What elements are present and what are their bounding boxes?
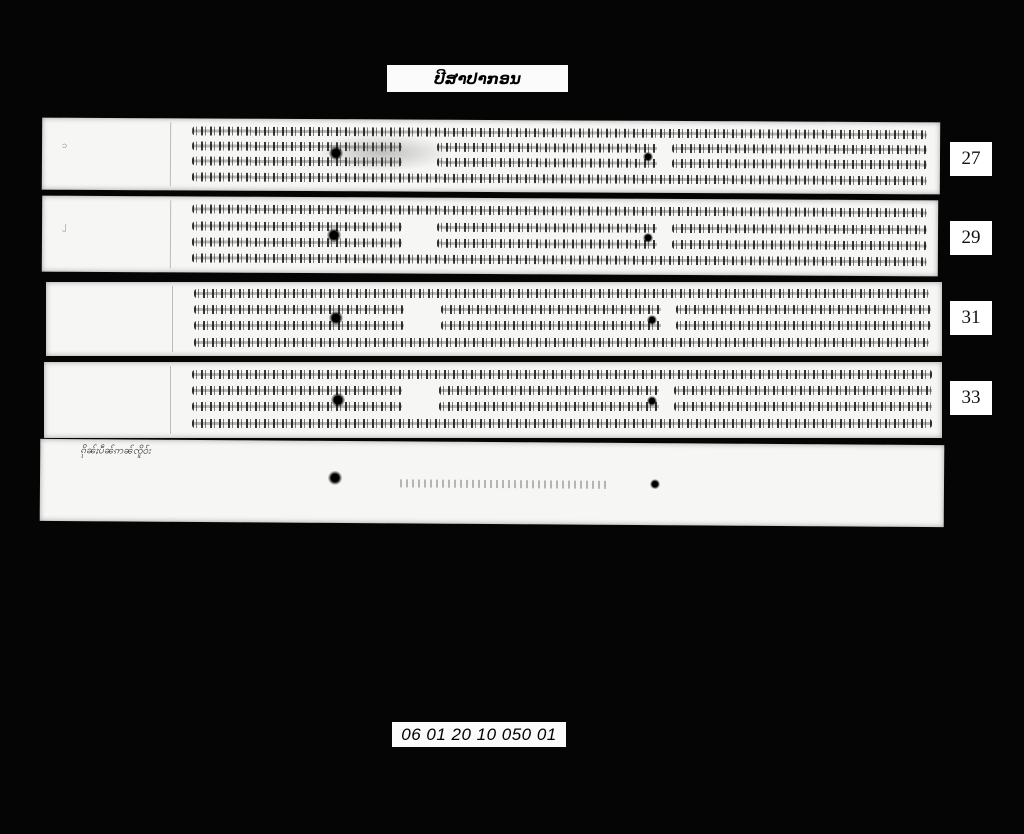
script-line (437, 223, 657, 233)
archive-id-label: 06 01 20 10 050 01 (392, 722, 566, 747)
margin-rule (170, 122, 171, 186)
margin-rule (170, 200, 171, 268)
binding-hole (647, 315, 657, 325)
binding-hole (643, 152, 653, 162)
palm-leaf-3 (46, 282, 942, 356)
script-line (192, 204, 927, 217)
script-line (192, 237, 402, 247)
margin-rule (172, 286, 173, 352)
script-line (672, 159, 927, 169)
script-line (437, 143, 657, 153)
margin-rule (170, 366, 171, 434)
page-number-label: 31 (950, 301, 992, 335)
script-line (676, 321, 931, 330)
script-line (676, 305, 931, 314)
script-line (194, 321, 404, 330)
page-number-label: 29 (950, 221, 992, 255)
script-line (672, 224, 927, 234)
palm-leaf-1: ၁ (42, 118, 940, 195)
script-line (674, 402, 932, 411)
palm-leaf-5-colophon: ၵိုၼ်ႈပဵၼ်ဢၼ်ၸိူဝ်း (40, 439, 945, 527)
script-line (192, 126, 927, 139)
script-line (192, 221, 402, 231)
leaf-margin-mark: ၂ (62, 220, 66, 233)
script-line (439, 402, 659, 411)
script-line (441, 321, 661, 330)
script-line (674, 386, 932, 395)
binding-hole (650, 479, 660, 489)
binding-hole (327, 228, 341, 242)
page-number-label: 27 (950, 142, 992, 176)
binding-hole (328, 471, 342, 485)
binding-hole (331, 393, 345, 407)
script-line (192, 370, 932, 379)
leaf-margin-mark: ၁ (62, 140, 67, 153)
script-line (192, 172, 927, 185)
script-line (194, 338, 929, 347)
palm-leaf-4 (44, 362, 942, 438)
script-line (672, 240, 927, 250)
script-line (437, 158, 657, 168)
page-number-label: 33 (950, 381, 992, 415)
script-line (192, 253, 927, 266)
script-line (194, 289, 929, 298)
binding-hole (329, 146, 343, 160)
binding-hole (329, 311, 343, 325)
script-line (192, 419, 932, 428)
palm-leaf-2: ၂ (42, 196, 938, 277)
script-line (672, 144, 927, 154)
script-line (441, 305, 661, 314)
binding-hole (647, 396, 657, 406)
script-line (192, 402, 402, 411)
script-line (439, 386, 659, 395)
faded-script (400, 479, 610, 488)
script-line (192, 386, 402, 395)
script-line (194, 305, 404, 314)
manuscript-title-label: ປີສາປາກອນ (387, 65, 568, 92)
colophon-text: ၵိုၼ်ႈပဵၼ်ဢၼ်ၸိူဝ်း (80, 443, 151, 458)
binding-hole (643, 233, 653, 243)
script-line (437, 239, 657, 249)
